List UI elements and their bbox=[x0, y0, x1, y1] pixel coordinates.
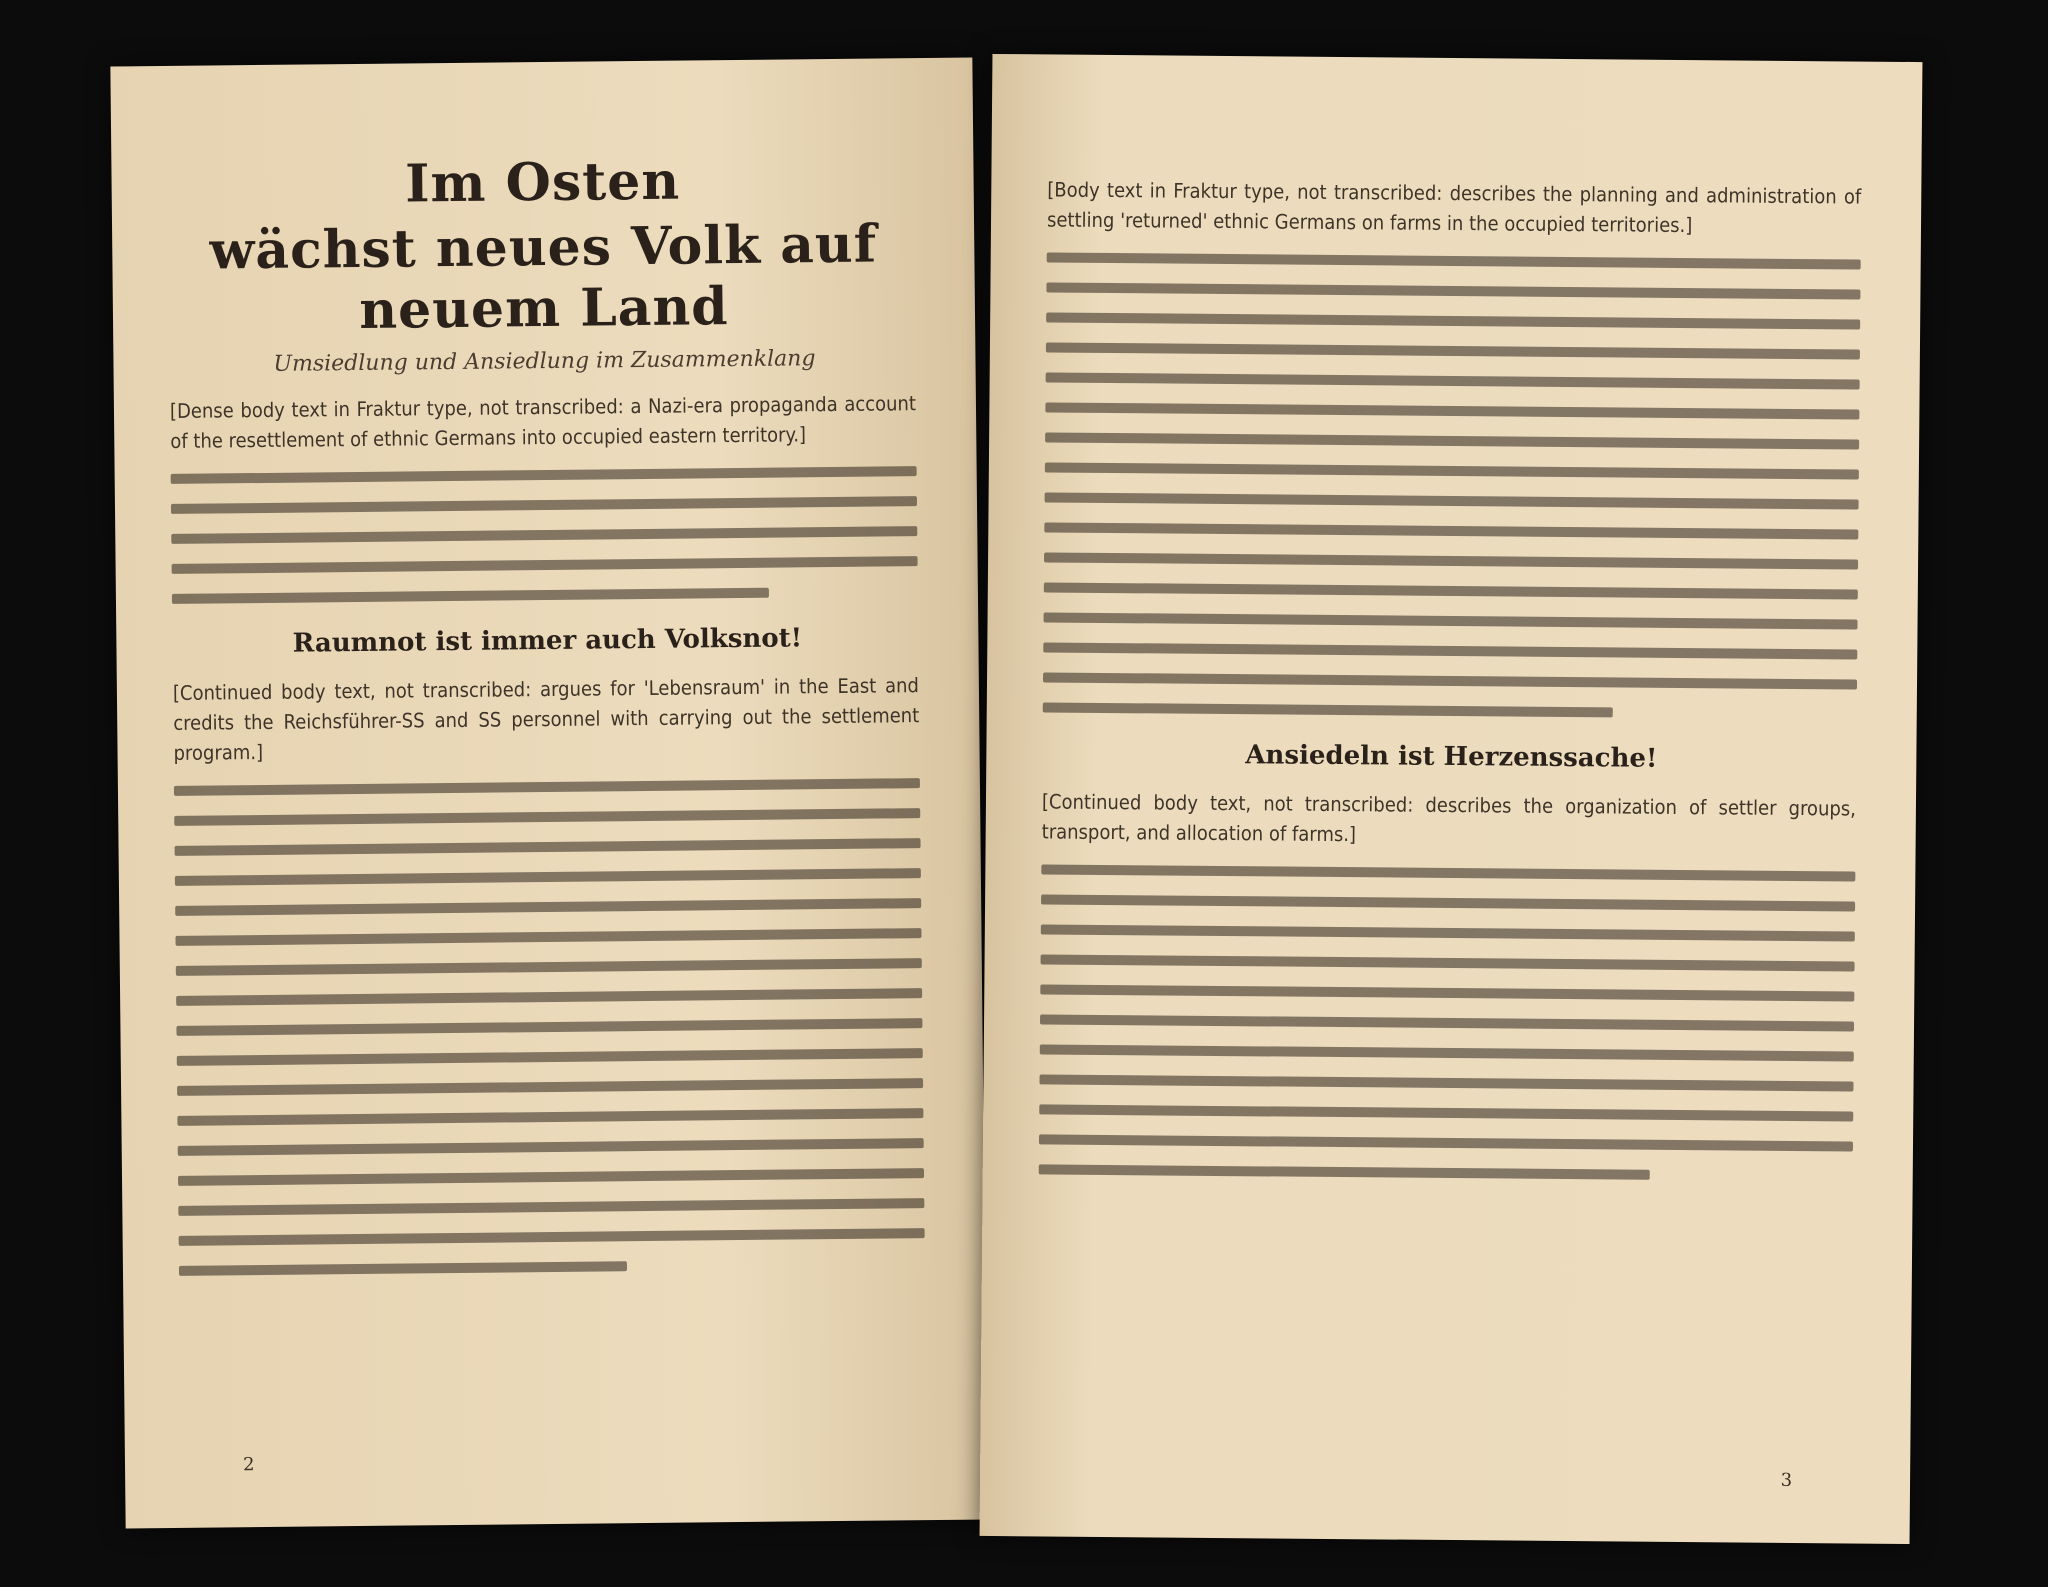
left-page: Im Osten wächst neues Volk auf neuem Lan… bbox=[110, 58, 987, 1529]
page-number-right: 3 bbox=[1781, 1470, 1793, 1491]
right-intro-lines bbox=[1043, 252, 1861, 719]
left-intro-lines bbox=[171, 466, 918, 604]
page-title-line1: Im Osten bbox=[111, 148, 974, 218]
right-intro-text: [Body text in Fraktur type, not transcri… bbox=[1047, 174, 1861, 241]
right-section-heading: Ansiedeln ist Herzenssache! bbox=[986, 738, 1916, 776]
right-section-lines bbox=[1039, 864, 1856, 1181]
title-block: Im Osten wächst neues Volk auf neuem Lan… bbox=[111, 148, 975, 379]
page-title-line2: wächst neues Volk auf neuem Land bbox=[112, 213, 975, 344]
right-section-text: [Continued body text, not transcribed: d… bbox=[1042, 786, 1856, 853]
left-section-text: [Continued body text, not transcribed: a… bbox=[173, 670, 920, 768]
left-section-heading: Raumnot ist immer auch Volksnot! bbox=[116, 621, 978, 660]
left-section-lines bbox=[174, 778, 925, 1276]
page-number-left: 2 bbox=[243, 1454, 255, 1475]
page-subtitle: Umsiedlung und Ansiedlung im Zusammenkla… bbox=[113, 345, 975, 379]
left-intro-text: [Dense body text in Fraktur type, not tr… bbox=[170, 388, 917, 456]
right-page: [Body text in Fraktur type, not transcri… bbox=[980, 54, 1923, 1544]
